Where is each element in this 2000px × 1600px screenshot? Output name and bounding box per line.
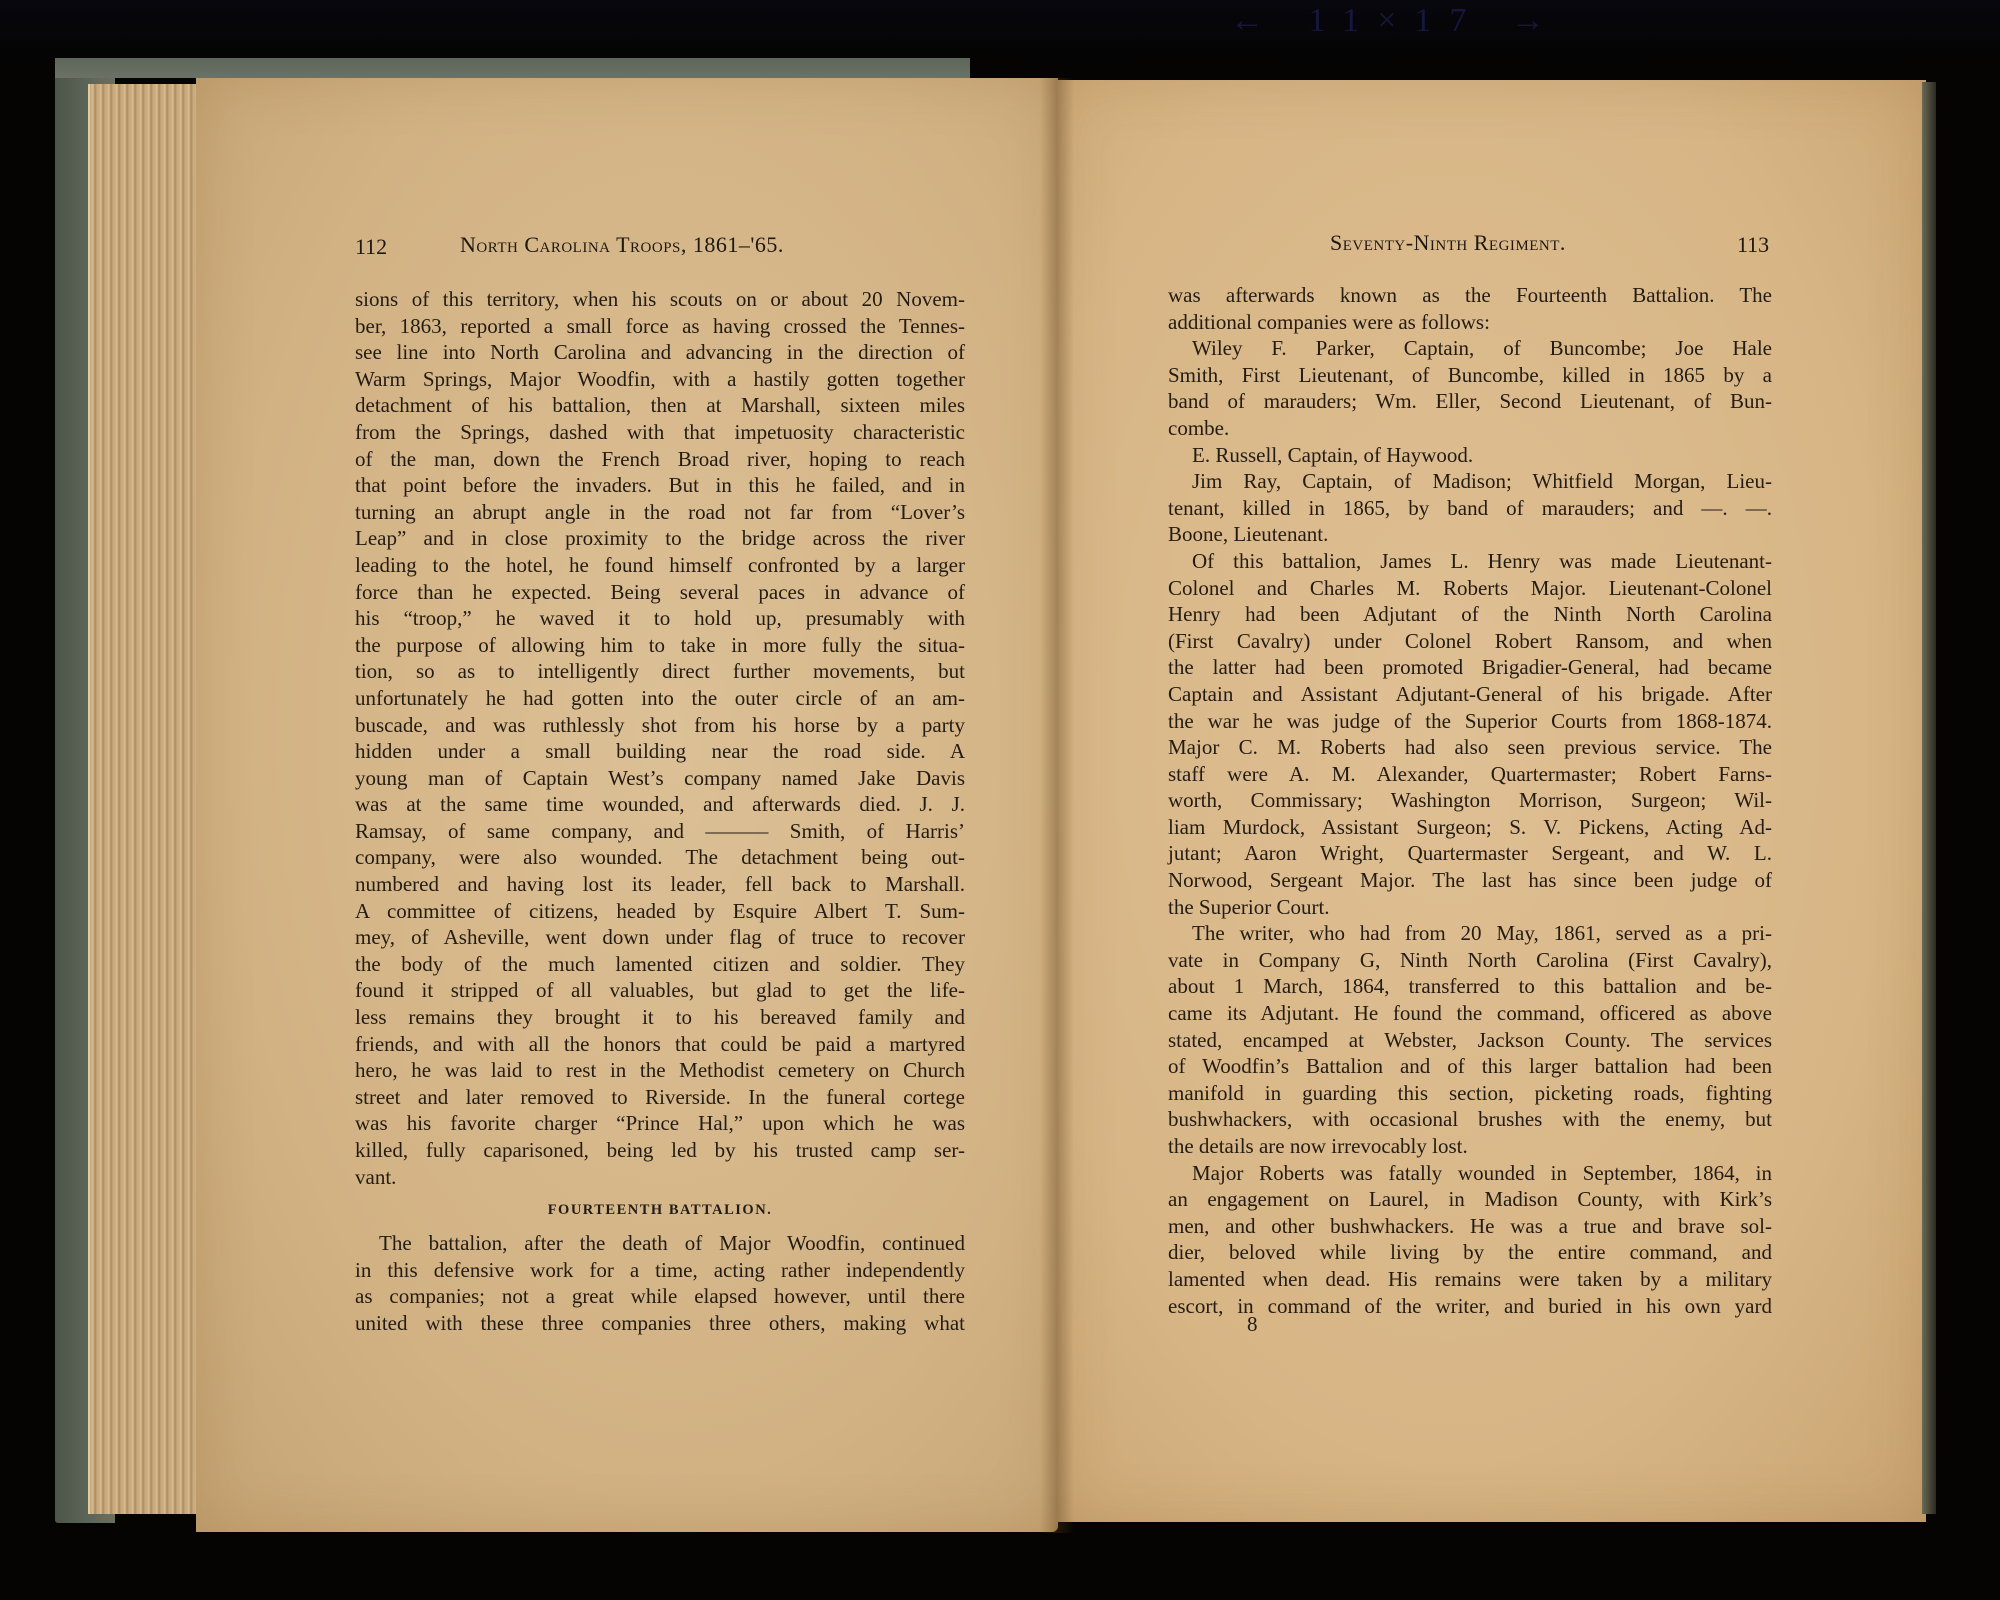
text-line: the purpose of allowing him to take in m… <box>355 632 965 659</box>
text-line: numbered and having lost its leader, fel… <box>355 871 965 898</box>
text-line: hidden under a small building near the r… <box>355 738 965 765</box>
text-line: united with these three companies three … <box>355 1310 965 1337</box>
text-line: worth, Commissary; Washington Morrison, … <box>1168 787 1772 814</box>
text-line: his “troop,” he waved it to hold up, pre… <box>355 605 965 632</box>
text-line: Major C. M. Roberts had also seen previo… <box>1168 734 1772 761</box>
text-line: in this defensive work for a time, actin… <box>355 1257 965 1284</box>
page-edges-stack <box>88 84 200 1514</box>
text-line: Leap” and in close proximity to the brid… <box>355 525 965 552</box>
left-paragraph-lines: sions of this territory, when his scouts… <box>355 286 965 1190</box>
text-line: E. Russell, Captain, of Haywood. <box>1168 442 1772 469</box>
text-line: A committee of citizens, headed by Esqui… <box>355 898 965 925</box>
text-line: ber, 1863, reported a small force as hav… <box>355 313 965 340</box>
text-line: Smith, First Lieutenant, of Buncombe, ki… <box>1168 362 1772 389</box>
text-line: Boone, Lieutenant. <box>1168 521 1772 548</box>
text-line: (First Cavalry) under Colonel Robert Ran… <box>1168 628 1772 655</box>
text-line: company, were also wounded. The detachme… <box>355 844 965 871</box>
text-line: combe. <box>1168 415 1772 442</box>
text-line: that point before the invaders. But in t… <box>355 472 965 499</box>
right-paragraph-lines: was afterwards known as the Fourteenth B… <box>1168 282 1772 1319</box>
left-paragraph-lines-after-heading: The battalion, after the death of Major … <box>355 1230 965 1336</box>
text-line: Ramsay, of same company, and ——— Smith, … <box>355 818 965 845</box>
text-line: Of this battalion, James L. Henry was ma… <box>1168 548 1772 575</box>
text-line: see line into North Carolina and advanci… <box>355 339 965 366</box>
section-heading: FOURTEENTH BATTALION. <box>355 1190 965 1230</box>
text-line: jutant; Aaron Wright, Quartermaster Serg… <box>1168 840 1772 867</box>
text-line: Warm Springs, Major Woodfin, with a hast… <box>355 366 965 393</box>
text-line: Jim Ray, Captain, of Madison; Whitfield … <box>1168 468 1772 495</box>
text-line: mey, of Asheville, went down under flag … <box>355 924 965 951</box>
text-line: lamented when dead. His remains were tak… <box>1168 1266 1772 1293</box>
text-line: of the man, down the French Broad river,… <box>355 446 965 473</box>
text-line: band of marauders; Wm. Eller, Second Lie… <box>1168 388 1772 415</box>
text-line: from the Springs, dashed with that impet… <box>355 419 965 446</box>
text-line: young man of Captain West’s company name… <box>355 765 965 792</box>
text-line: about 1 March, 1864, transferred to this… <box>1168 973 1772 1000</box>
book-cover-top <box>55 58 970 78</box>
text-line: liam Murdock, Assistant Surgeon; S. V. P… <box>1168 814 1772 841</box>
text-line: the war he was judge of the Superior Cou… <box>1168 708 1772 735</box>
text-line: men, and other bushwhackers. He was a tr… <box>1168 1213 1772 1240</box>
text-line: the details are now irrevocably lost. <box>1168 1133 1772 1160</box>
text-line: unfortunately he had gotten into the out… <box>355 685 965 712</box>
left-running-head: North Carolina Troops, 1861–'65. <box>460 232 784 258</box>
signature-mark: 8 <box>1247 1312 1258 1337</box>
text-line: Wiley F. Parker, Captain, of Buncombe; J… <box>1168 335 1772 362</box>
text-line: was afterwards known as the Fourteenth B… <box>1168 282 1772 309</box>
scale-ruler-ghost: ← 11×17 → <box>1230 2 1590 42</box>
text-line: Colonel and Charles M. Roberts Major. Li… <box>1168 575 1772 602</box>
text-line: bushwhackers, with occasional brushes wi… <box>1168 1106 1772 1133</box>
text-line: detachment of his battalion, then at Mar… <box>355 392 965 419</box>
text-line: hero, he was laid to rest in the Methodi… <box>355 1057 965 1084</box>
text-line: vate in Company G, Ninth North Carolina … <box>1168 947 1772 974</box>
text-line: Henry had been Adjutant of the Ninth Nor… <box>1168 601 1772 628</box>
text-line: The writer, who had from 20 May, 1861, s… <box>1168 920 1772 947</box>
text-line: less remains they brought it to his bere… <box>355 1004 965 1031</box>
text-line: Norwood, Sergeant Major. The last has si… <box>1168 867 1772 894</box>
text-line: killed, fully caparisoned, being led by … <box>355 1137 965 1164</box>
text-line: friends, and with all the honors that co… <box>355 1031 965 1058</box>
left-page-body: sions of this territory, when his scouts… <box>355 286 965 1337</box>
scanner-background: ← 11×17 → <box>0 0 2000 60</box>
text-line: leading to the hotel, he found himself c… <box>355 552 965 579</box>
text-line: manifold in guarding this section, picke… <box>1168 1080 1772 1107</box>
text-line: street and later removed to Riverside. I… <box>355 1084 965 1111</box>
text-line: of Woodfin’s Battalion and of this large… <box>1168 1053 1772 1080</box>
book-gutter <box>1040 78 1074 1533</box>
book-cover-right-edge <box>1922 82 1936 1514</box>
text-line: the Superior Court. <box>1168 894 1772 921</box>
text-line: came its Adjutant. He found the command,… <box>1168 1000 1772 1027</box>
text-line: Captain and Assistant Adjutant-General o… <box>1168 681 1772 708</box>
text-line: force than he expected. Being several pa… <box>355 579 965 606</box>
right-page-number: 113 <box>1737 232 1769 258</box>
text-line: Major Roberts was fatally wounded in Sep… <box>1168 1160 1772 1187</box>
text-line: dier, beloved while living by the entire… <box>1168 1239 1772 1266</box>
text-line: the body of the much lamented citizen an… <box>355 951 965 978</box>
text-line: tion, so as to intelligently direct furt… <box>355 658 965 685</box>
right-page-body: was afterwards known as the Fourteenth B… <box>1168 282 1772 1319</box>
text-line: an engagement on Laurel, in Madison Coun… <box>1168 1186 1772 1213</box>
right-running-head: Seventy-Ninth Regiment. <box>1330 230 1566 256</box>
text-line: staff were A. M. Alexander, Quartermaste… <box>1168 761 1772 788</box>
text-line: sions of this territory, when his scouts… <box>355 286 965 313</box>
text-line: The battalion, after the death of Major … <box>355 1230 965 1257</box>
text-line: buscade, and was ruthlessly shot from hi… <box>355 712 965 739</box>
text-line: stated, encamped at Webster, Jackson Cou… <box>1168 1027 1772 1054</box>
text-line: the latter had been promoted Brigadier-G… <box>1168 654 1772 681</box>
text-line: was his favorite charger “Prince Hal,” u… <box>355 1110 965 1137</box>
text-line: additional companies were as follows: <box>1168 309 1772 336</box>
text-line: found it stripped of all valuables, but … <box>355 977 965 1004</box>
text-line: turning an abrupt angle in the road not … <box>355 499 965 526</box>
left-page-number: 112 <box>355 234 387 260</box>
text-line: vant. <box>355 1164 965 1191</box>
text-line: as companies; not a great while elapsed … <box>355 1283 965 1310</box>
text-line: was at the same time wounded, and afterw… <box>355 791 965 818</box>
text-line: tenant, killed in 1865, by band of marau… <box>1168 495 1772 522</box>
text-line: escort, in command of the writer, and bu… <box>1168 1293 1772 1320</box>
